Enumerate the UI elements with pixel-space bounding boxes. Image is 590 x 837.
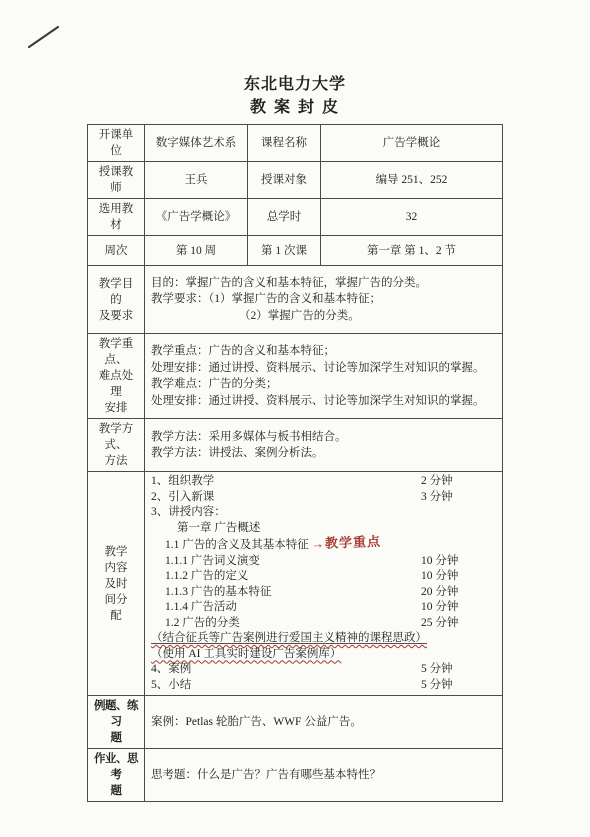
content-line-text: 4、案例 xyxy=(151,663,191,675)
content-line: 3、讲授内容： xyxy=(151,505,496,521)
content-line-text: 3、讲授内容： xyxy=(151,506,226,518)
time-value: 10 分钟 xyxy=(421,600,501,616)
section-label: 教学 内容 及时 间分 配 xyxy=(88,472,145,696)
red-wavy-underline: （结合征兵等广告案例进行爱国主义精神的课程思政） xyxy=(151,632,427,644)
content-line-text: 1.1.1 广告词义演变 xyxy=(165,555,260,567)
scanned-lesson-plan-page: 东北电力大学 教 案 封 皮 开课单位 数字媒体艺术系 课程名称 广告学概论 授… xyxy=(0,0,590,837)
text-line: 目的：掌握广告的含义和基本特征，掌握广告的分类。 xyxy=(151,275,496,292)
time-value: 5 分钟 xyxy=(421,662,501,678)
field-label: 授课对象 xyxy=(248,162,321,199)
field-value: 《广告学概论》 xyxy=(145,199,248,236)
content-line-text: 1.1.4 广告活动 xyxy=(165,601,237,613)
field-label: 第 1 次课 xyxy=(248,236,321,266)
field-value: 王兵 xyxy=(145,162,248,199)
content-line: 1.1.4 广告活动10 分钟 xyxy=(151,600,496,616)
content-line-text: 1.2 广告的分类 xyxy=(165,617,240,629)
section-content: 案例：Petlas 轮胎广告、WWF 公益广告。 xyxy=(145,696,503,749)
section-content: 目的：掌握广告的含义和基本特征，掌握广告的分类。 教学要求：（1）掌握广告的含义… xyxy=(145,266,503,334)
field-label: 周次 xyxy=(88,236,145,266)
table-row-methods: 教学方式、 方法 教学方法：采用多媒体与板书相结合。 教学方法：讲授法、案例分析… xyxy=(88,419,503,472)
field-value: 32 xyxy=(321,199,503,236)
content-line: 4、案例5 分钟 xyxy=(151,662,496,678)
text-line: 教学重点：广告的含义和基本特征； xyxy=(151,343,496,360)
text-line: 思考题：什么是广告？广告有哪些基本特性？ xyxy=(151,767,496,784)
content-line: 1.1.1 广告词义演变10 分钟 xyxy=(151,554,496,570)
time-value: 20 分钟 xyxy=(421,585,501,601)
field-label: 课程名称 xyxy=(248,125,321,162)
section-label: 教学重点、 难点处理 安排 xyxy=(88,334,145,419)
field-label: 总学时 xyxy=(248,199,321,236)
section-label: 教学目的 及要求 xyxy=(88,266,145,334)
table-row-content-schedule: 教学 内容 及时 间分 配 1、组织教学2 分钟 2、引入新课3 分钟 3、讲授… xyxy=(88,472,503,696)
table-row-goals: 教学目的 及要求 目的：掌握广告的含义和基本特征，掌握广告的分类。 教学要求：（… xyxy=(88,266,503,334)
university-title: 东北电力大学 xyxy=(0,75,590,94)
field-label: 授课教师 xyxy=(88,162,145,199)
content-line: 1、组织教学2 分钟 xyxy=(151,474,496,490)
text-line: （2）掌握广告的分类。 xyxy=(151,308,496,325)
content-line-text: 2、引入新课 xyxy=(151,491,214,503)
section-label: 例题、练习 题 xyxy=(88,696,145,749)
section-label: 作业、思考 题 xyxy=(88,749,145,802)
content-line: 2、引入新课3 分钟 xyxy=(151,490,496,506)
section-content: 1、组织教学2 分钟 2、引入新课3 分钟 3、讲授内容： 第一章 广告概述 1… xyxy=(145,472,503,696)
content-line: 1.1 广告的含义及其基本特征→教学重点 xyxy=(151,536,496,554)
field-value: 第一章 第 1、2 节 xyxy=(321,236,503,266)
table-row-course-unit: 开课单位 数字媒体艺术系 课程名称 广告学概论 xyxy=(88,125,503,162)
text-line: 处理安排：通过讲授、资料展示、讨论等加深学生对知识的掌握。 xyxy=(151,360,496,377)
field-label: 开课单位 xyxy=(88,125,145,162)
text-line: 教学要求：（1）掌握广告的含义和基本特征； xyxy=(151,291,496,308)
lesson-plan-table: 开课单位 数字媒体艺术系 课程名称 广告学概论 授课教师 王兵 授课对象 编导 … xyxy=(87,124,503,802)
content-line: （结合征兵等广告案例进行爱国主义精神的课程思政） xyxy=(151,631,496,647)
text-line: 教学难点：广告的分类； xyxy=(151,376,496,393)
time-value: 10 分钟 xyxy=(421,554,501,570)
time-value: 5 分钟 xyxy=(421,678,501,694)
section-label: 教学方式、 方法 xyxy=(88,419,145,472)
pen-stroke-mark xyxy=(0,0,90,70)
table-row-key-points: 教学重点、 难点处理 安排 教学重点：广告的含义和基本特征； 处理安排：通过讲授… xyxy=(88,334,503,419)
table-row-homework: 作业、思考 题 思考题：什么是广告？广告有哪些基本特性？ xyxy=(88,749,503,802)
field-value: 数字媒体艺术系 xyxy=(145,125,248,162)
document-title: 教 案 封 皮 xyxy=(0,98,590,117)
section-content: 教学重点：广告的含义和基本特征； 处理安排：通过讲授、资料展示、讨论等加深学生对… xyxy=(145,334,503,419)
content-line-text: 1、组织教学 xyxy=(151,475,214,487)
table-row-textbook: 选用教材 《广告学概论》 总学时 32 xyxy=(88,199,503,236)
section-content: 教学方法：采用多媒体与板书相结合。 教学方法：讲授法、案例分析法。 xyxy=(145,419,503,472)
content-line: 5、小结5 分钟 xyxy=(151,678,496,694)
time-value: 3 分钟 xyxy=(421,490,501,506)
content-line-text: 5、小结 xyxy=(151,679,191,691)
field-label: 选用教材 xyxy=(88,199,145,236)
content-line: （使用 AI 工具实时建设广告案例库） xyxy=(151,647,496,663)
text-line: 处理安排：通过讲授、资料展示、讨论等加深学生对知识的掌握。 xyxy=(151,393,496,410)
time-value: 10 分钟 xyxy=(421,569,501,585)
content-line-text: 第一章 广告概述 xyxy=(177,522,260,534)
content-line: 第一章 广告概述 xyxy=(151,521,496,537)
time-value: 2 分钟 xyxy=(421,474,501,490)
table-row-examples: 例题、练习 题 案例：Petlas 轮胎广告、WWF 公益广告。 xyxy=(88,696,503,749)
time-value: 25 分钟 xyxy=(421,616,501,632)
text-line: 教学方法：采用多媒体与板书相结合。 xyxy=(151,429,496,446)
content-line-text: 1.1 广告的含义及其基本特征 xyxy=(165,539,309,551)
content-line: 1.2 广告的分类25 分钟 xyxy=(151,616,496,632)
content-line-text: 1.1.3 广告的基本特征 xyxy=(165,586,271,598)
table-row-week: 周次 第 10 周 第 1 次课 第一章 第 1、2 节 xyxy=(88,236,503,266)
content-line-text: 1.1.2 广告的定义 xyxy=(165,570,248,582)
text-line: 案例：Petlas 轮胎广告、WWF 公益广告。 xyxy=(151,714,496,731)
content-line-text: （使用 AI 工具实时建设广告案例库） xyxy=(151,648,341,660)
content-line: 1.1.3 广告的基本特征20 分钟 xyxy=(151,585,496,601)
handwritten-annotation: →教学重点 xyxy=(310,534,381,552)
red-wavy-underline: （使用 AI 工具实时建设广告案例库） xyxy=(151,648,341,660)
content-line: 1.1.2 广告的定义10 分钟 xyxy=(151,569,496,585)
field-value: 广告学概论 xyxy=(321,125,503,162)
table-row-teacher: 授课教师 王兵 授课对象 编导 251、252 xyxy=(88,162,503,199)
section-content: 思考题：什么是广告？广告有哪些基本特性？ xyxy=(145,749,503,802)
field-value: 编导 251、252 xyxy=(321,162,503,199)
content-line-text: （结合征兵等广告案例进行爱国主义精神的课程思政） xyxy=(151,632,427,644)
text-line: 教学方法：讲授法、案例分析法。 xyxy=(151,445,496,462)
field-value: 第 10 周 xyxy=(145,236,248,266)
